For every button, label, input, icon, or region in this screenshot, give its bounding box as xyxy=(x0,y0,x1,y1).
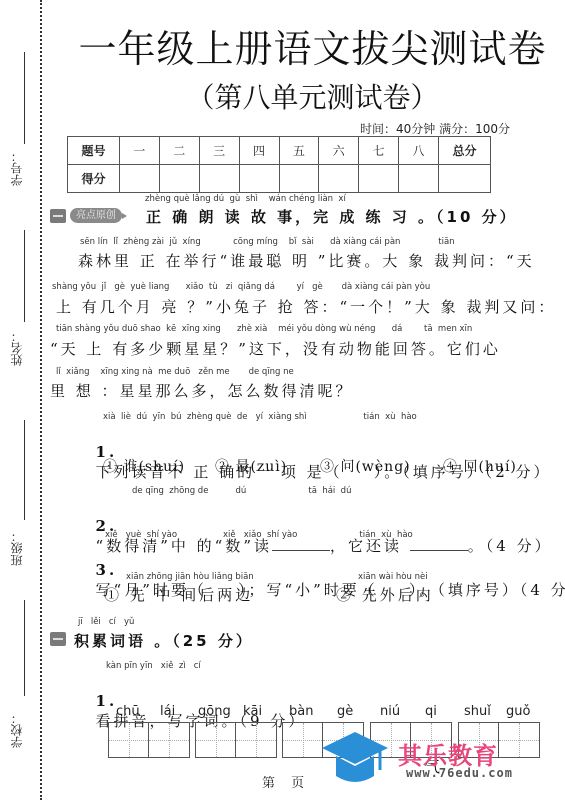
graduation-cap-icon xyxy=(322,730,388,790)
word-5-pinyin-a: shuǐ xyxy=(464,704,491,719)
score-cell[interactable] xyxy=(359,165,399,193)
q3-pinyin: xiě yuè shí yào xiě xiǎo shí yào tián xù… xyxy=(105,530,413,540)
score-header-cell: 八 xyxy=(399,137,439,165)
score-header-cell: 一 xyxy=(120,137,160,165)
word-2-grid[interactable] xyxy=(195,722,277,758)
score-cell[interactable] xyxy=(199,165,239,193)
story-line: “天 上 有多少颗星星？”这下，没有动物能回答。它们心 xyxy=(50,338,501,359)
class-line[interactable] xyxy=(24,420,25,520)
watermark-url: www.76edu.com xyxy=(406,766,513,780)
binding-dotted-line xyxy=(40,0,42,800)
page-footer: 第 页 xyxy=(262,772,310,791)
writing-cell[interactable] xyxy=(499,723,539,757)
school-label: 学校： xyxy=(8,712,25,748)
writing-cell[interactable] xyxy=(283,723,323,757)
section2-title-pinyin: jī lěi cí yǔ xyxy=(78,617,134,627)
score-header-cell: 题号 xyxy=(68,137,120,165)
story-line-pinyin: lǐ xiǎng xīng xing nà me duō zěn me de q… xyxy=(56,367,294,377)
writing-cell[interactable] xyxy=(236,723,276,757)
school-line[interactable] xyxy=(24,600,25,696)
word-1-pinyin-a: chū xyxy=(116,704,140,719)
page-title: 一年级上册语文拔尖测试卷 xyxy=(60,18,565,73)
score-header-cell: 三 xyxy=(199,137,239,165)
score-header-cell: 六 xyxy=(319,137,359,165)
score-cell[interactable] xyxy=(239,165,279,193)
name-label: 姓名： xyxy=(8,330,25,366)
class-label: 班级： xyxy=(8,530,25,566)
story-line-pinyin: tiān shàng yǒu duō shao kē xīng xing zhè… xyxy=(56,324,472,334)
story-line: 森林里 正 在举行“谁最聪 明 ”比赛。大 象 裁判问：“天 xyxy=(78,250,535,271)
q3-option-2-pinyin: xiān wài hòu nèi xyxy=(358,572,428,582)
q1-pinyin: xià liè dú yīn bú zhèng què de yí xiàng … xyxy=(103,412,417,422)
story-line: 里 想 ：星星那么多，怎么数得清呢？ xyxy=(50,380,354,401)
student-id-line[interactable] xyxy=(24,52,25,144)
score-cell[interactable] xyxy=(399,165,439,193)
score-header-cell: 二 xyxy=(159,137,199,165)
word-4-pinyin-b: qi xyxy=(425,704,437,719)
word-4-pinyin-a: niú xyxy=(380,704,400,719)
q1-option-4[interactable]: ④ 回(huí) xyxy=(443,456,517,476)
name-line[interactable] xyxy=(24,230,25,322)
score-header-cell: 七 xyxy=(359,137,399,165)
word-3-pinyin-b: gè xyxy=(337,704,353,719)
word-5-pinyin-b: guǒ xyxy=(506,704,530,719)
story-line-pinyin: shàng yǒu jǐ gè yuè liang xiǎo tù zi qiǎ… xyxy=(52,282,430,292)
score-table-header-row: 题号 一 二 三 四 五 六 七 八 总分 xyxy=(68,137,491,165)
word-1-grid[interactable] xyxy=(108,722,190,758)
s2q1-pinyin: kàn pīn yīn xiě zì cí xyxy=(106,661,201,671)
q3-number: 3. xyxy=(96,561,118,579)
q3-option-2[interactable]: ② 先外后内 xyxy=(336,584,434,605)
score-cell[interactable] xyxy=(159,165,199,193)
student-id-label: 学号： xyxy=(8,150,25,186)
q3-option-1-pinyin: xiān zhōng jiān hòu liǎng biān xyxy=(126,572,254,582)
word-1-pinyin-b: lái xyxy=(160,704,175,719)
section1-title: 正 确 朗 读 故 事，完 成 练 习 。（10 分） xyxy=(146,206,518,227)
story-line-pinyin: sēn lín lǐ zhèng zài jǔ xíng cōng míng b… xyxy=(80,237,455,247)
section-two-badge-icon xyxy=(50,632,66,646)
writing-cell[interactable] xyxy=(196,723,236,757)
section2-title: 积累词语 。（25 分） xyxy=(74,630,254,651)
score-header-cell: 四 xyxy=(239,137,279,165)
score-table-score-row: 得分 xyxy=(68,165,491,193)
s2q1-number: 1. xyxy=(96,692,118,710)
q1-option-3[interactable]: ③ 问(wèng) xyxy=(320,456,411,476)
score-header-cell: 总分 xyxy=(439,137,491,165)
q3-option-1[interactable]: ① 先 中 间后两边 xyxy=(104,584,253,605)
score-header-cell: 五 xyxy=(279,137,319,165)
score-cell[interactable] xyxy=(120,165,160,193)
word-2-pinyin-b: kāi xyxy=(243,704,262,719)
score-cell[interactable] xyxy=(279,165,319,193)
word-2-pinyin-a: gōng xyxy=(198,704,231,719)
section-one-badge-icon xyxy=(50,209,66,223)
q2-pinyin: de qīng zhōng de dú tā hái dú xyxy=(132,486,351,496)
score-cell[interactable] xyxy=(439,165,491,193)
time-info: 时间：40分钟 满分：100分 xyxy=(360,120,510,137)
q1-option-1[interactable]: ① 谁(shuí) xyxy=(103,456,185,476)
score-cell[interactable] xyxy=(319,165,359,193)
section1-title-pinyin: zhèng què lǎng dú gù shì wán chéng liàn … xyxy=(145,194,346,204)
writing-cell[interactable] xyxy=(109,723,149,757)
score-table: 题号 一 二 三 四 五 六 七 八 总分 得分 xyxy=(67,136,491,193)
q1-option-2[interactable]: ② 最(zuì) xyxy=(215,456,287,476)
word-3-pinyin-a: bàn xyxy=(289,704,313,719)
writing-cell[interactable] xyxy=(149,723,189,757)
highlight-original-tag: 亮点原创 xyxy=(70,208,122,223)
page-subtitle: （第八单元测试卷） xyxy=(60,76,565,116)
story-line: 上 有几个月 亮 ？”小兔子 抢 答：“一个！”大 象 裁判又问： xyxy=(56,296,556,317)
score-row-label: 得分 xyxy=(68,165,120,193)
